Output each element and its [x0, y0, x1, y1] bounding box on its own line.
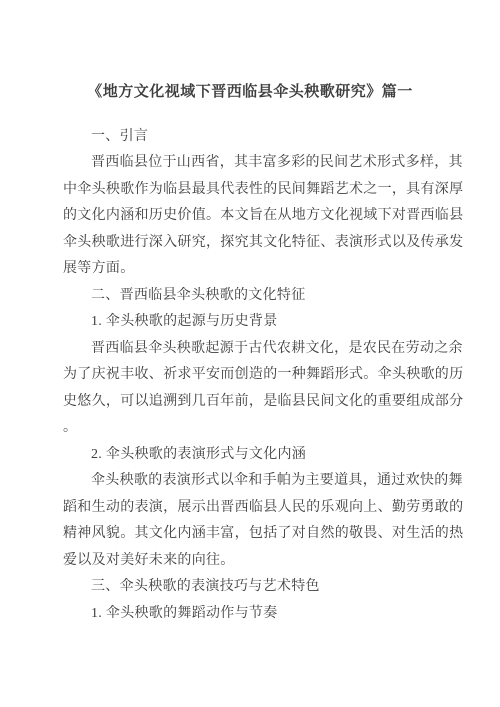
intro-paragraph-line: 的文化内涵和历史价值。本文旨在从地方文化视域下对晋西临县: [63, 203, 455, 230]
intro-paragraph-line: 展等方面。: [63, 256, 455, 283]
intro-paragraph-line: 晋西临县位于山西省，其丰富多彩的民间艺术形式多样，其: [63, 150, 455, 177]
document-title: 《地方文化视域下晋西临县伞头秧歌研究》篇一: [0, 79, 500, 106]
section-heading-technique-art: 三、伞头秧歌的表演技巧与艺术特色: [63, 574, 455, 601]
origin-paragraph-line: 史悠久，可以追溯到几百年前，是临县民间文化的重要组成部分: [63, 389, 455, 416]
origin-paragraph-line: 晋西临县伞头秧歌起源于古代农耕文化，是农民在劳动之余: [63, 336, 455, 363]
intro-paragraph-line: 中伞头秧歌作为临县最具代表性的民间舞蹈艺术之一，具有深厚: [63, 177, 455, 204]
origin-paragraph-line: 。: [63, 415, 455, 442]
performance-paragraph-line: 蹈和生动的表演，展示出晋西临县人民的乐观向上、勤劳勇敢的: [63, 495, 455, 522]
origin-paragraph-line: 为了庆祝丰收、祈求平安而创造的一种舞蹈形式。伞头秧歌的历: [63, 362, 455, 389]
document-body: 《地方文化视域下晋西临县伞头秧歌研究》篇一 一、引言 晋西临县位于山西省，其丰富…: [0, 0, 500, 627]
subsection-heading-dance-rhythm: 1. 伞头秧歌的舞蹈动作与节奏: [63, 601, 455, 628]
document-page: 《地方文化视域下晋西临县伞头秧歌研究》篇一 一、引言 晋西临县位于山西省，其丰富…: [0, 0, 500, 707]
subsection-heading-origin-history: 1. 伞头秧歌的起源与历史背景: [63, 309, 455, 336]
subsection-heading-performance-form: 2. 伞头秧歌的表演形式与文化内涵: [63, 442, 455, 469]
performance-paragraph-line: 精神风貌。其文化内涵丰富，包括了对自然的敬畏、对生活的热: [63, 521, 455, 548]
performance-paragraph-line: 伞头秧歌的表演形式以伞和手帕为主要道具，通过欢快的舞: [63, 468, 455, 495]
intro-paragraph-line: 伞头秧歌进行深入研究，探究其文化特征、表演形式以及传承发: [63, 230, 455, 257]
section-heading-cultural-features: 二、晋西临县伞头秧歌的文化特征: [63, 283, 455, 310]
performance-paragraph-line: 爱以及对美好未来的向往。: [63, 548, 455, 575]
section-heading-introduction: 一、引言: [63, 124, 455, 151]
